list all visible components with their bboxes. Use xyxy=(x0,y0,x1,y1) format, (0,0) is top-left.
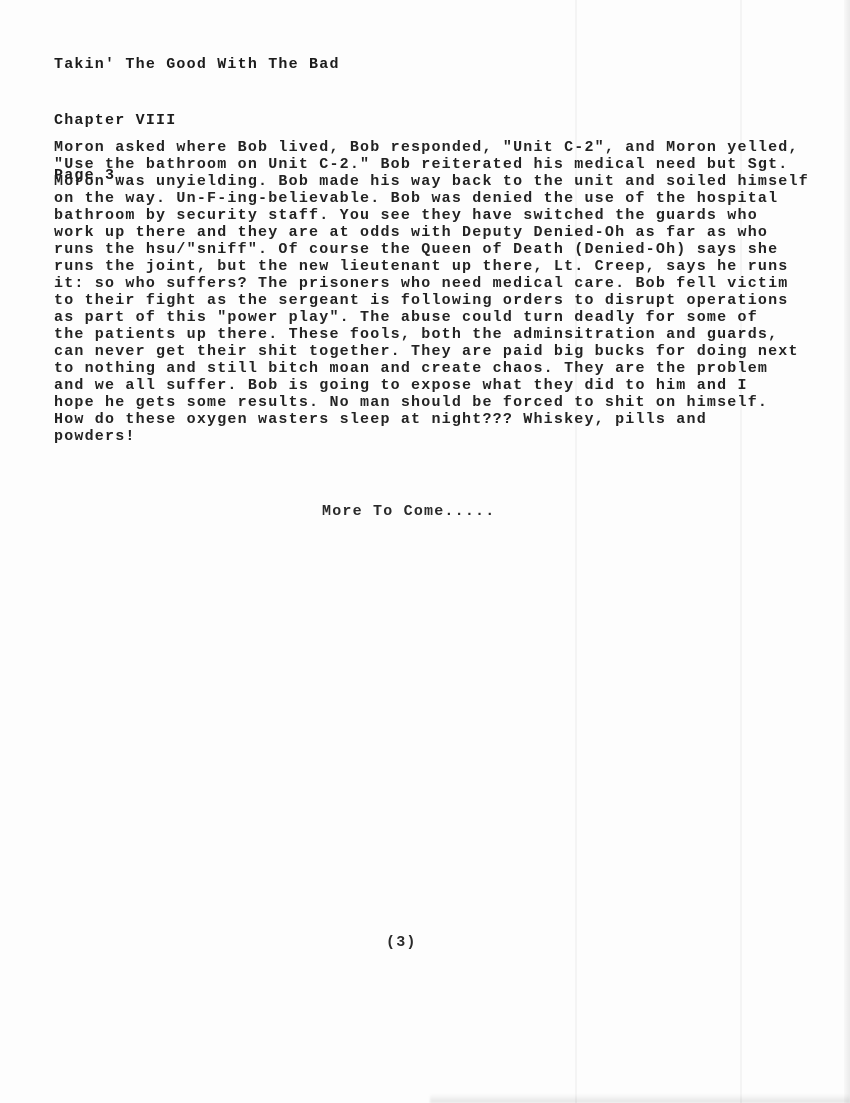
page-number: (3) xyxy=(386,934,417,951)
scan-bottom-smudge xyxy=(430,1094,850,1103)
doc-chapter: Chapter VIII xyxy=(54,112,340,131)
page-right-edge-shadow xyxy=(844,0,850,1103)
document-page: Takin' The Good With The Bad Chapter VII… xyxy=(0,0,850,1103)
doc-title: Takin' The Good With The Bad xyxy=(54,56,340,75)
more-to-come-text: More To Come..... xyxy=(322,503,495,520)
body-paragraph: Moron asked where Bob lived, Bob respond… xyxy=(54,139,809,445)
